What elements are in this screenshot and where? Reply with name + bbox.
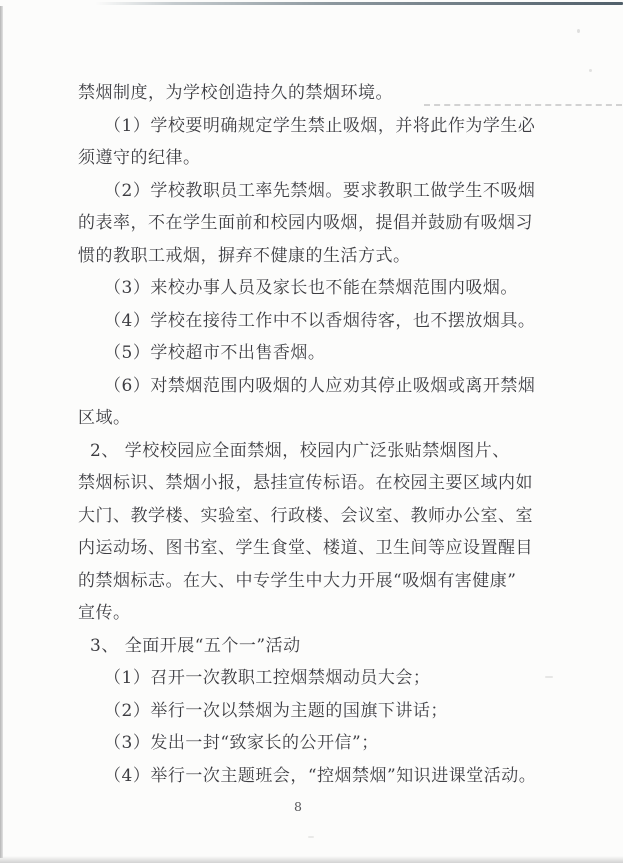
text-line: （3）发出一封“致家长的公开信”； <box>78 727 548 760</box>
text-line: （5）学校超市不出售香烟。 <box>78 337 548 370</box>
text-line: （4）学校在接待工作中不以香烟待客，也不摆放烟具。 <box>78 305 548 338</box>
text-line: 区域。 <box>78 402 548 435</box>
text-line: （3）来校办事人员及家长也不能在禁烟范围内吸烟。 <box>78 272 548 305</box>
text-line: 须遵守的纪律。 <box>78 142 548 175</box>
document-body-text: 禁烟制度，为学校创造持久的禁烟环境。 （1）学校要明确规定学生禁止吸烟，并将此作… <box>78 77 548 792</box>
text-line: 内运动场、图书室、学生食堂、楼道、卫生间等应设置醒目 <box>78 532 548 565</box>
scan-artifact-left-edge <box>0 6 3 858</box>
scan-artifact-top-line <box>95 2 623 5</box>
text-line: 的表率，不在学生面前和校园内吸烟，提倡并鼓励有吸烟习 <box>78 207 548 240</box>
text-line: （2）学校教职员工率先禁烟。要求教职工做学生不吸烟 <box>78 175 548 208</box>
text-line: （4）举行一次主题班会，“控烟禁烟”知识进课堂活动。 <box>78 760 548 793</box>
text-line: 大门、教学楼、实验室、行政楼、会议室、教师办公室、室 <box>78 500 548 533</box>
text-line: 宣传。 <box>78 597 548 630</box>
scanned-document-page: 禁烟制度，为学校创造持久的禁烟环境。 （1）学校要明确规定学生禁止吸烟，并将此作… <box>0 0 623 863</box>
text-line: 禁烟标识、禁烟小报，悬挂宣传标语。在校园主要区域内如 <box>78 467 548 500</box>
scan-artifact-bottom-edge <box>0 856 623 863</box>
scan-artifact-speck <box>589 69 592 72</box>
text-line: （6）对禁烟范围内吸烟的人应劝其停止吸烟或离开禁烟 <box>78 370 548 403</box>
page-number: 8 <box>278 799 318 814</box>
text-line: 禁烟制度，为学校创造持久的禁烟环境。 <box>78 77 548 110</box>
text-line: （1）学校要明确规定学生禁止吸烟，并将此作为学生必 <box>78 110 548 143</box>
text-line: 3、 全面开展“五个一”活动 <box>78 630 548 663</box>
text-line: （1）召开一次教职工控烟禁烟动员大会； <box>78 662 548 695</box>
scan-artifact-speck <box>308 836 314 838</box>
text-line: （2）举行一次以禁烟为主题的国旗下讲话； <box>78 695 548 728</box>
text-line: 的禁烟标志。在大、中专学生中大力开展“吸烟有害健康” <box>78 565 548 598</box>
text-line: 2、 学校校园应全面禁烟，校园内广泛张贴禁烟图片、 <box>78 435 548 468</box>
scan-artifact-speck <box>577 29 580 33</box>
text-line: 惯的教职工戒烟，摒弃不健康的生活方式。 <box>78 240 548 273</box>
